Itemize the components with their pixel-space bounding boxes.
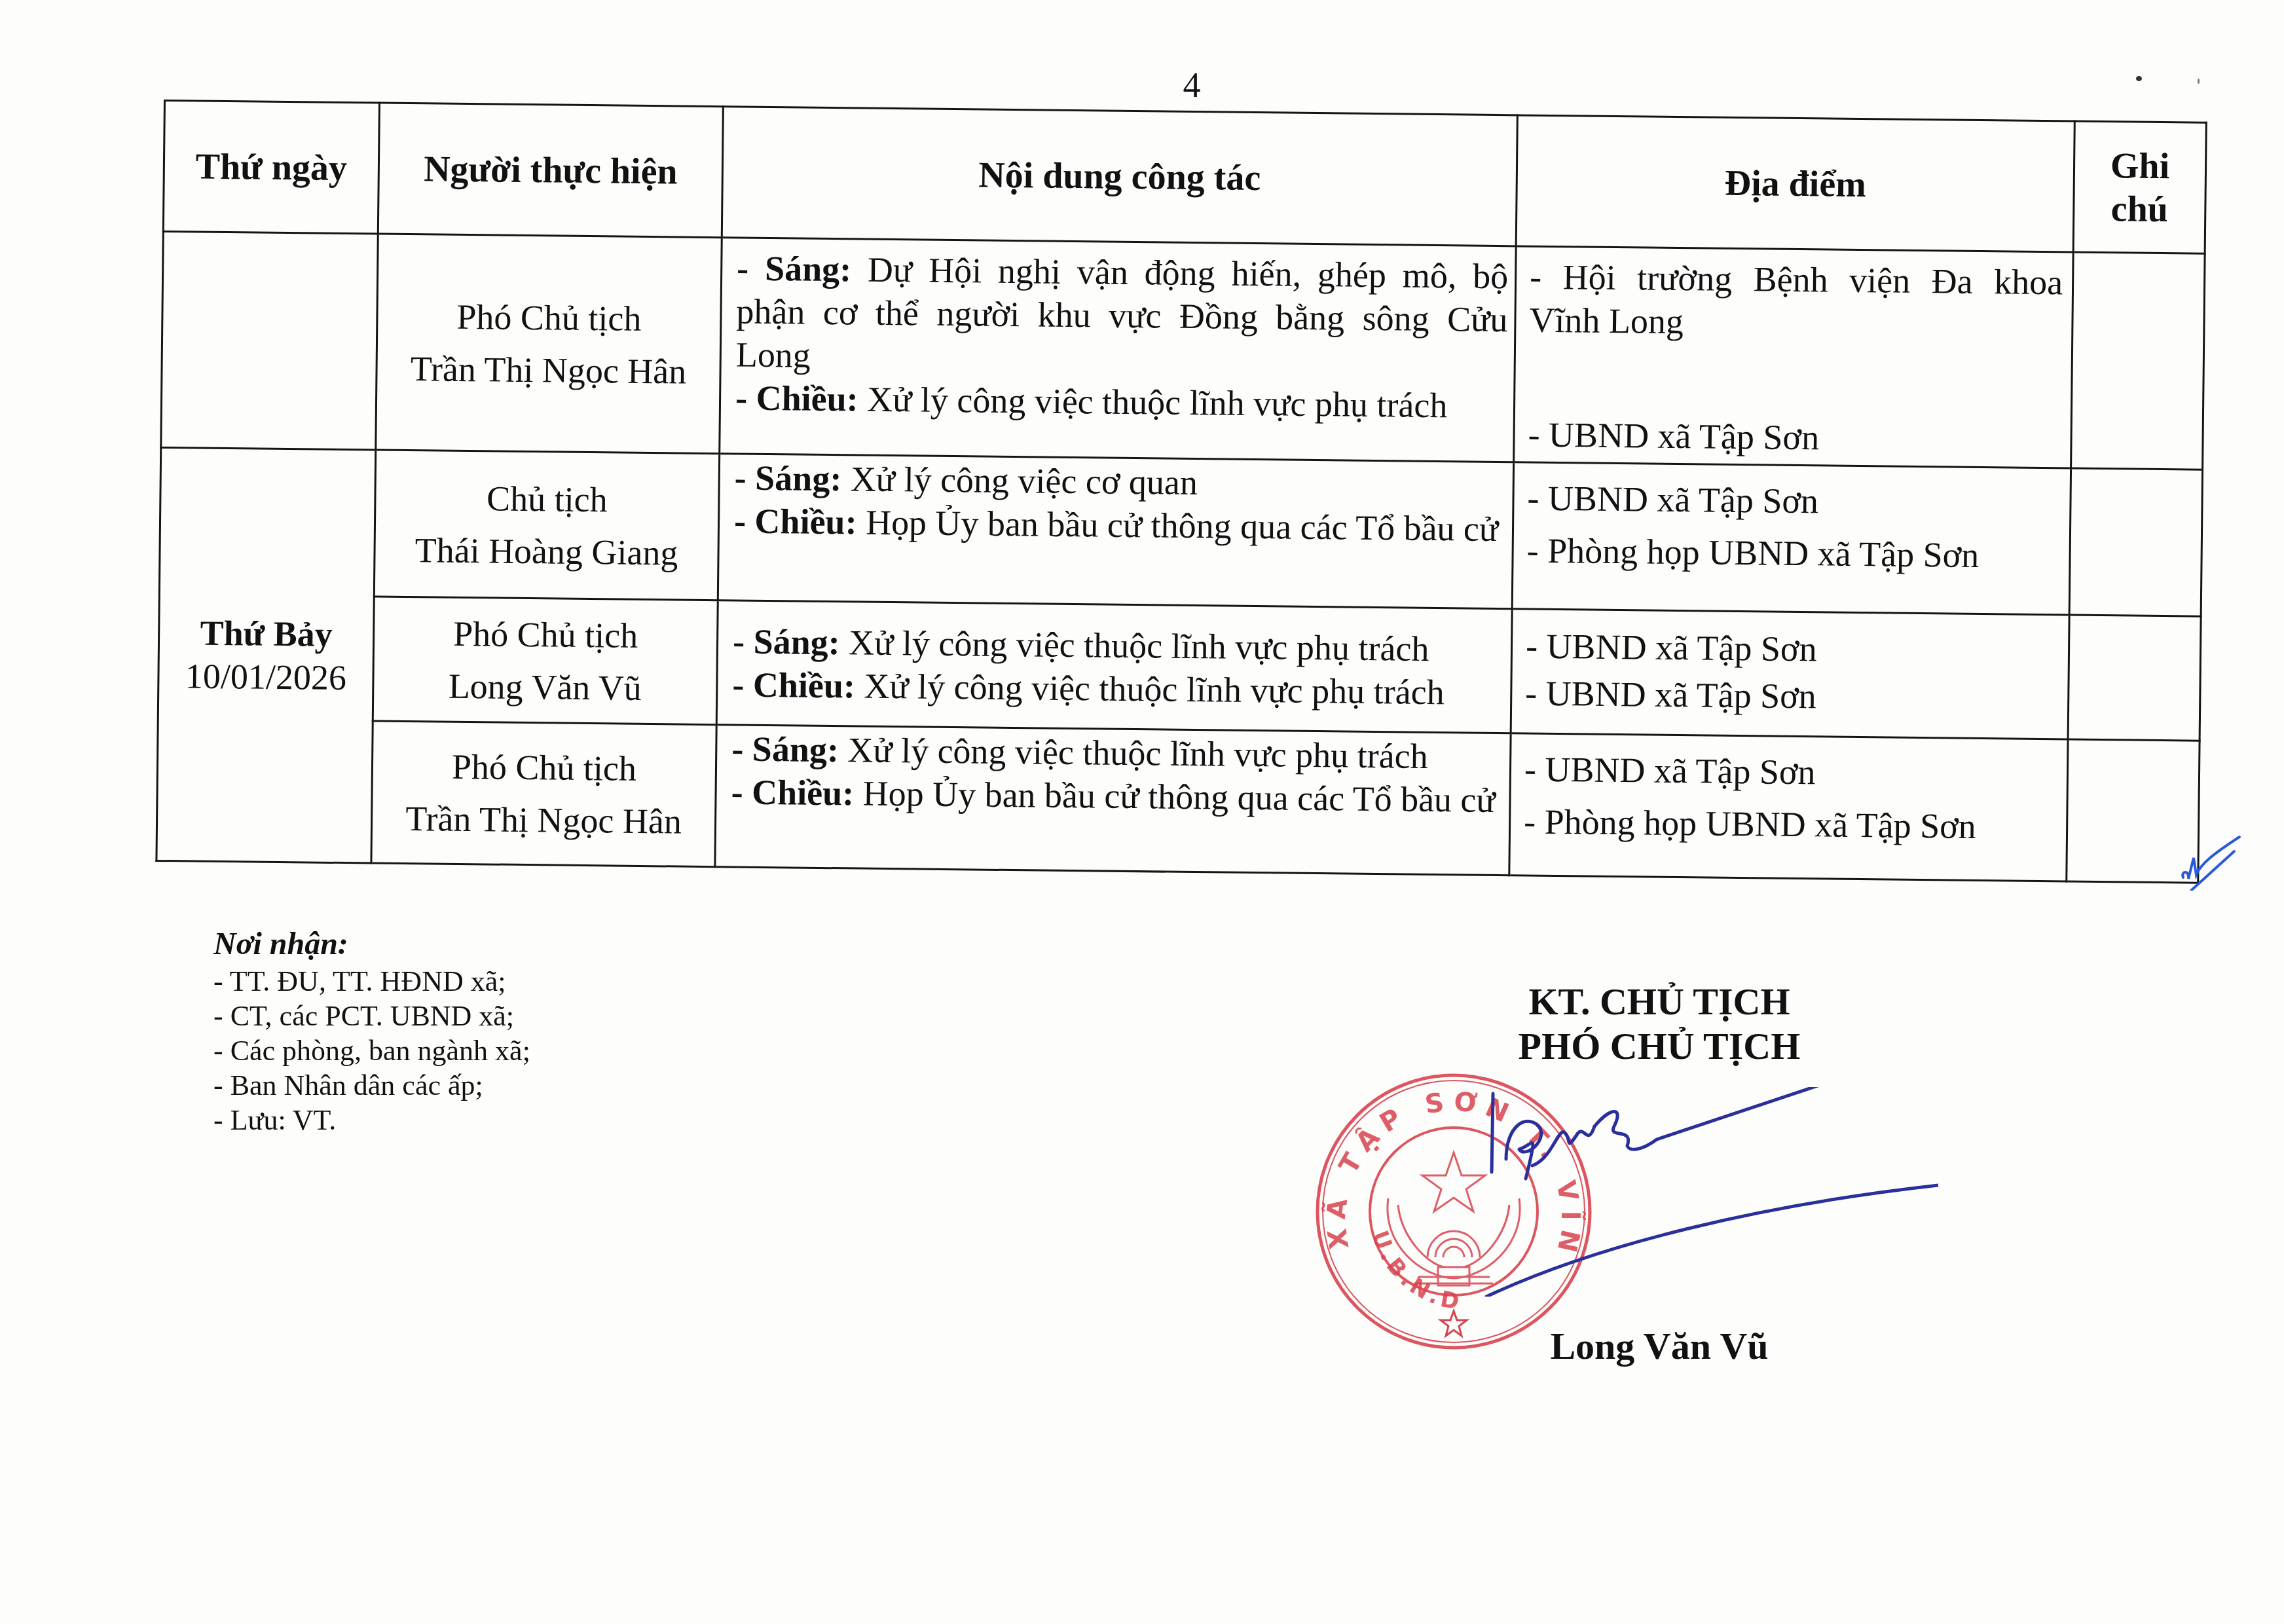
- header-location: Địa điểm: [1516, 115, 2074, 252]
- table-row: Phó Chủ tịch Trần Thị Ngọc Hân - Sáng: X…: [157, 718, 2200, 883]
- note-cell: [2068, 615, 2201, 741]
- signer-name: Long Văn Vũ: [1463, 1324, 1856, 1369]
- note-cell: [2069, 468, 2202, 616]
- table-row: Thứ Bảy 10/01/2026 Chủ tịch Thái Hoàng G…: [159, 447, 2202, 616]
- person-name: Trần Thị Ngọc Hân: [373, 792, 715, 849]
- header-note: Ghi chú: [2073, 121, 2206, 253]
- location-cell: - Hội trường Bệnh viện Đa khoa Vĩnh Long…: [1514, 246, 2074, 468]
- schedule-table: Thứ ngày Người thực hiện Nội dung công t…: [155, 100, 2207, 884]
- header-content: Nội dung công tác: [722, 107, 1517, 246]
- handwritten-signature-icon: [1467, 1087, 1938, 1297]
- location-cell: - UBND xã Tập Sơn - Phòng họp UBND xã Tậ…: [1509, 733, 2068, 881]
- person-cell: Phó Chủ tịch Long Văn Vũ: [373, 597, 718, 725]
- location-morning: - Hội trường Bệnh viện Đa khoa Vĩnh Long: [1529, 255, 2063, 348]
- header-day: Thứ ngày: [163, 101, 379, 234]
- scan-speck: [2198, 79, 2200, 84]
- location-morning: - UBND xã Tập Sơn: [1527, 477, 2061, 526]
- morning-task: - Sáng: Dự Hội nghị vận động hiến, ghép …: [735, 246, 1508, 384]
- location-afternoon: - Phòng họp UBND xã Tập Sơn: [1524, 800, 2057, 849]
- content-cell: - Sáng: Xử lý công việc thuộc lĩnh vực p…: [715, 725, 1511, 876]
- scan-speck: [2136, 76, 2142, 81]
- note-cell: [2071, 252, 2205, 470]
- afternoon-task: - Chiều: Xử lý công việc thuộc lĩnh vực …: [735, 376, 1507, 428]
- content-cell: - Sáng: Dự Hội nghị vận động hiến, ghép …: [720, 238, 1516, 462]
- table-row: Phó Chủ tịch Long Văn Vũ - Sáng: Xử lý c…: [158, 594, 2201, 741]
- location-afternoon: - UBND xã Tập Sơn: [1528, 413, 1819, 460]
- weekday: Thứ Bảy: [160, 611, 373, 657]
- recipient-item: - Các phòng, ban ngành xã;: [213, 1033, 530, 1068]
- recipient-item: - Ban Nhân dân các ấp;: [213, 1068, 530, 1103]
- person-name: Long Văn Vũ: [374, 659, 716, 715]
- person-name: Trần Thị Ngọc Hân: [377, 342, 720, 398]
- svg-text:U.B.N.D: U.B.N.D: [1367, 1227, 1465, 1316]
- location-cell: - UBND xã Tập Sơn - Phòng họp UBND xã Tậ…: [1512, 462, 2071, 615]
- recipients-block: Nơi nhận: - TT. ĐU, TT. HĐND xã; - CT, c…: [213, 925, 530, 1137]
- person-cell: Chủ tịch Thái Hoàng Giang: [374, 450, 719, 600]
- recipients-title: Nơi nhận:: [213, 925, 530, 964]
- date: 10/01/2026: [159, 654, 373, 700]
- afternoon-task: - Chiều: Họp Ủy ban bầu cử thông qua các…: [731, 770, 1503, 822]
- recipient-item: - Lưu: VT.: [213, 1103, 530, 1137]
- afternoon-task: - Chiều: Xử lý công việc thuộc lĩnh vực …: [732, 663, 1504, 714]
- person-name: Thái Hoàng Giang: [375, 523, 718, 580]
- schedule-table-container: Thứ ngày Người thực hiện Nội dung công t…: [155, 100, 2207, 884]
- signature-line-2: PHÓ CHỦ TỊCH: [1463, 1024, 1856, 1069]
- signature-title-block: KT. CHỦ TỊCH PHÓ CHỦ TỊCH: [1463, 980, 1856, 1069]
- person-cell: Phó Chủ tịch Trần Thị Ngọc Hân: [376, 234, 722, 454]
- page-number: 4: [1172, 65, 1211, 105]
- morning-task: - Sáng: Xử lý công việc thuộc lĩnh vực p…: [733, 619, 1505, 671]
- location-afternoon: - Phòng họp UBND xã Tập Sơn: [1526, 529, 2060, 578]
- table-row: Phó Chủ tịch Trần Thị Ngọc Hân - Sáng: D…: [161, 232, 2205, 470]
- person-title: Phó Chủ tịch: [373, 740, 716, 796]
- header-person: Người thực hiện: [378, 103, 723, 238]
- content-cell: - Sáng: Xử lý công việc cơ quan - Chiều:…: [718, 454, 1513, 609]
- location-morning: - UBND xã Tập Sơn: [1524, 748, 2058, 797]
- content-cell: - Sáng: Xử lý công việc thuộc lĩnh vực p…: [716, 600, 1512, 733]
- location-cell: - UBND xã Tập Sơn - UBND xã Tập Sơn: [1511, 609, 2069, 739]
- person-cell: Phó Chủ tịch Trần Thị Ngọc Hân: [371, 721, 716, 867]
- day-cell-empty: [161, 232, 378, 451]
- person-title: Chủ tịch: [376, 471, 718, 527]
- afternoon-task: - Chiều: Họp Ủy ban bầu cử thông qua các…: [734, 499, 1506, 551]
- day-cell: Thứ Bảy 10/01/2026: [157, 447, 376, 863]
- location-morning: - UBND xã Tập Sơn: [1526, 624, 2059, 673]
- person-title: Phó Chủ tịch: [378, 289, 720, 346]
- table-header-row: Thứ ngày Người thực hiện Nội dung công t…: [163, 101, 2206, 254]
- recipient-item: - CT, các PCT. UBND xã;: [213, 999, 530, 1033]
- person-title: Phó Chủ tịch: [375, 606, 717, 663]
- location-afternoon: - UBND xã Tập Sơn: [1525, 671, 2059, 720]
- recipient-item: - TT. ĐU, TT. HĐND xã;: [213, 964, 530, 999]
- initials-mark-icon: [2174, 832, 2246, 891]
- signature-line-1: KT. CHỦ TỊCH: [1463, 980, 1856, 1024]
